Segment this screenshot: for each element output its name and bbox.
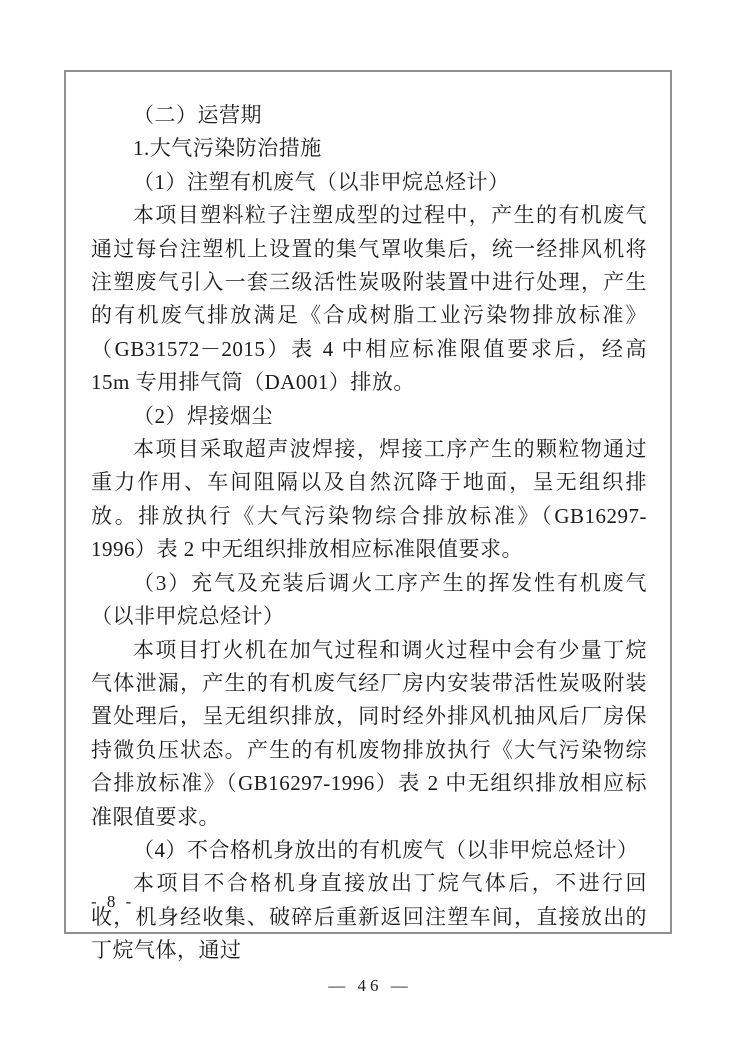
heading-item-1-injection-waste-gas: （1）注塑有机废气（以非甲烷总烃计） [91,166,647,199]
outer-page-number: — 46 — [0,976,740,996]
heading-item-2-welding-fume: （2）焊接烟尘 [91,400,647,433]
heading-item-3-volatile-organic-gas: （3）充气及充装后调火工序产生的挥发性有机废气（以非甲烷总烃计） [91,567,647,634]
para-rejected-body-gas: 本项目不合格机身直接放出丁烷气体后，不进行回收，机身经收集、破碎后重新返回注塑车… [91,867,647,967]
page-border-frame: （二）运营期 1.大气污染防治措施 （1）注塑有机废气（以非甲烷总烃计） 本项目… [64,70,672,934]
para-lighter-butane-leak: 本项目打火机在加气过程和调火过程中会有少量丁烷气体泄漏，产生的有机废气经厂房内安… [91,634,647,834]
heading-operating-period: （二）运营期 [91,99,647,132]
heading-air-pollution-control: 1.大气污染防治措施 [91,132,647,165]
document-body-text: （二）运营期 1.大气污染防治措施 （1）注塑有机废气（以非甲烷总烃计） 本项目… [91,99,647,968]
inner-page-number: - 8 - [91,892,134,912]
para-injection-waste-gas: 本项目塑料粒子注塑成型的过程中，产生的有机废气通过每台注塑机上设置的集气罩收集后… [91,199,647,399]
heading-item-4-rejected-body-gas: （4）不合格机身放出的有机废气（以非甲烷总烃计） [91,834,647,867]
para-welding-fume: 本项目采取超声波焊接，焊接工序产生的颗粒物通过重力作用、车间阻隔以及自然沉降于地… [91,433,647,567]
